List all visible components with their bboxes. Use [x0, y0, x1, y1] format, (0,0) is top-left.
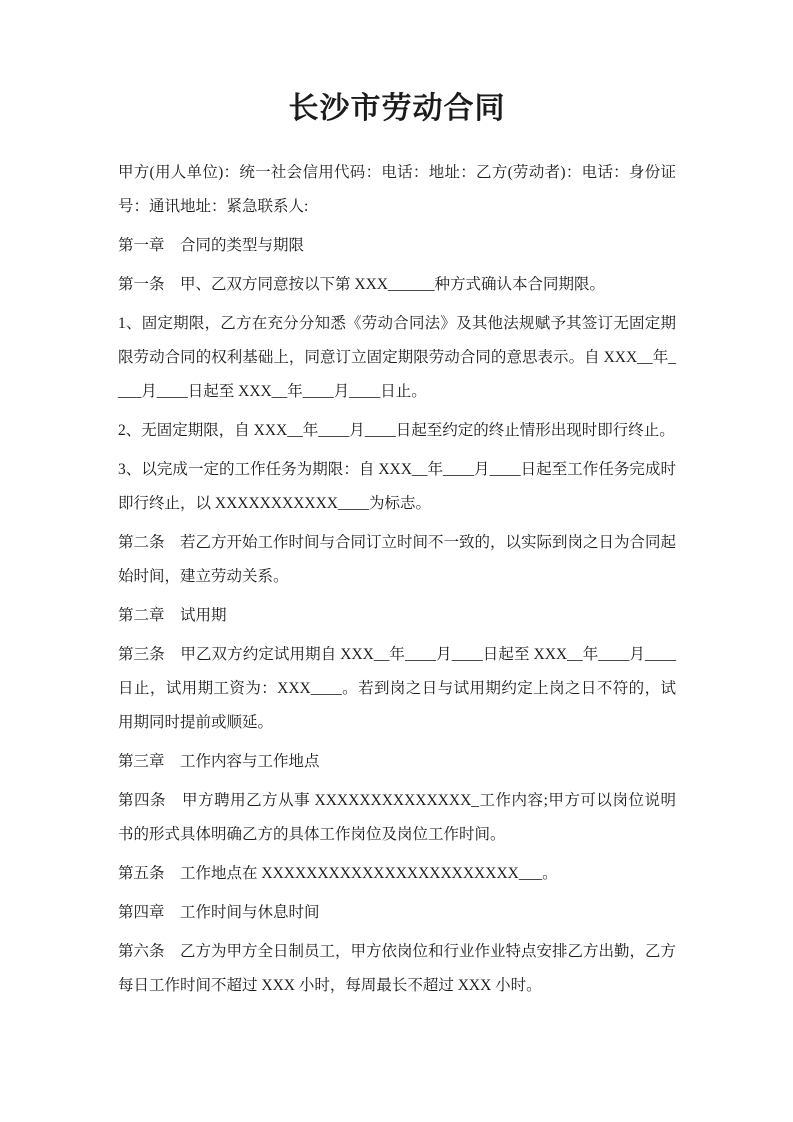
chapter-1-heading: 第一章 合同的类型与期限: [118, 229, 676, 263]
contract-document-page: 长沙市劳动合同 甲方(用人单位)：统一社会信用代码：电话：地址：乙方(劳动者)：…: [0, 0, 793, 1122]
clause-1-paragraph: 第一条 甲、乙双方同意按以下第 XXX______种方式确认本合同期限。: [118, 268, 676, 302]
chapter-2-heading: 第二章 试用期: [118, 599, 676, 633]
document-title: 长沙市劳动合同: [118, 88, 676, 130]
term-option-3: 3、以完成一定的工作任务为期限：自 XXX__年____月____日起至工作任务…: [118, 453, 676, 521]
clause-6-paragraph: 第六条 乙方为甲方全日制员工，甲方依岗位和行业作业特点安排乙方出勤，乙方每日工作…: [118, 935, 676, 1003]
chapter-4-heading: 第四章 工作时间与休息时间: [118, 896, 676, 930]
clause-4-paragraph: 第四条 甲方聘用乙方从事 XXXXXXXXXXXXXX_工作内容;甲方可以岗位说…: [118, 784, 676, 852]
clause-2-paragraph: 第二条 若乙方开始工作时间与合同订立时间不一致的，以实际到岗之日为合同起始时间，…: [118, 526, 676, 594]
clause-5-paragraph: 第五条 工作地点在 XXXXXXXXXXXXXXXXXXXXXXX___。: [118, 857, 676, 891]
term-option-2: 2、无固定期限，自 XXX__年____月____日起至约定的终止情形出现时即行…: [118, 414, 676, 448]
chapter-3-heading: 第三章 工作内容与工作地点: [118, 745, 676, 779]
term-option-1: 1、固定期限，乙方在充分分知悉《劳动合同法》及其他法规赋予其签订无固定期限劳动合…: [118, 307, 676, 409]
clause-3-paragraph: 第三条 甲乙双方约定试用期自 XXX__年____月____日起至 XXX__年…: [118, 638, 676, 740]
party-info-paragraph: 甲方(用人单位)：统一社会信用代码：电话：地址：乙方(劳动者)：电话：身份证号：…: [118, 156, 676, 224]
